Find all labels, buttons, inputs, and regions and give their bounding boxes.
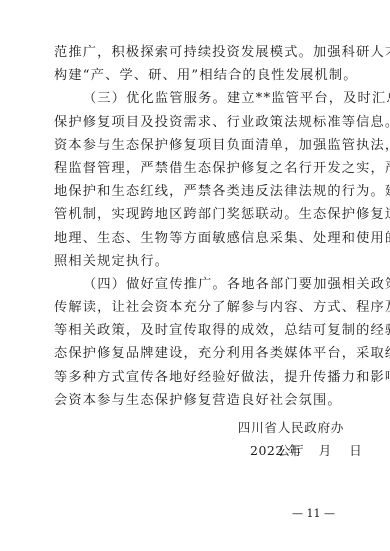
text-line: 资本参与生态保护修复项目负面清单，加强监管执法，强化全过: [54, 134, 344, 157]
text-line: 构建“产、学、研、用”相结合的良性发展机制。: [54, 64, 344, 87]
page-number: — 11 —: [292, 505, 335, 523]
issue-date: 2022 年 月 日: [250, 439, 362, 462]
text-line: 保护修复项目及投资需求、行业政策法规标准等信息。建立社会: [54, 111, 344, 134]
text-line: 等多种方式宣传各地好经验好做法，提升传播力和影响力，为社: [54, 366, 344, 389]
body-text: 范推广，积极探索可持续投资发展模式。加强科研人才梯队建设， 构建“产、学、研、用…: [54, 41, 344, 412]
text-line: 程监督管理，严禁借生态保护修复之名行开发之实，严禁突破耕: [54, 157, 344, 180]
text-line: 地保护和生态红线，严禁各类违反法律法规的行为。建立信用监: [54, 180, 344, 203]
text-line: 范推广，积极探索可持续投资发展模式。加强科研人才梯队建设，: [54, 41, 344, 64]
text-line: 传解读，让社会资本充分了解参与内容、方式、程序及投资回报: [54, 296, 344, 319]
text-line: 照相关规定执行。: [54, 250, 344, 273]
text-line: 等相关政策，及时宣传取得的成效，总结可复制的经验。开展生: [54, 319, 344, 342]
text-line: 管机制，实现跨地区跨部门奖惩联动。生态保护修复过程中涉及: [54, 203, 344, 226]
section-3-first-line: （三）优化监管服务。建立**监管平台，及时汇总公布生态: [54, 87, 344, 110]
section-4-first-line: （四）做好宣传推广。各地各部门要加强相关政策法规的宣: [54, 273, 344, 296]
text-line: 会资本参与生态保护修复营造良好社会氛围。: [54, 389, 344, 412]
document-page: 范推广，积极探索可持续投资发展模式。加强科研人才梯队建设， 构建“产、学、研、用…: [0, 0, 390, 551]
text-line: 地理、生态、生物等方面敏感信息采集、处理和使用的，严格按: [54, 227, 344, 250]
text-line: 态保护修复品牌建设，充分利用各类媒体平台，采取线上、线下: [54, 342, 344, 365]
